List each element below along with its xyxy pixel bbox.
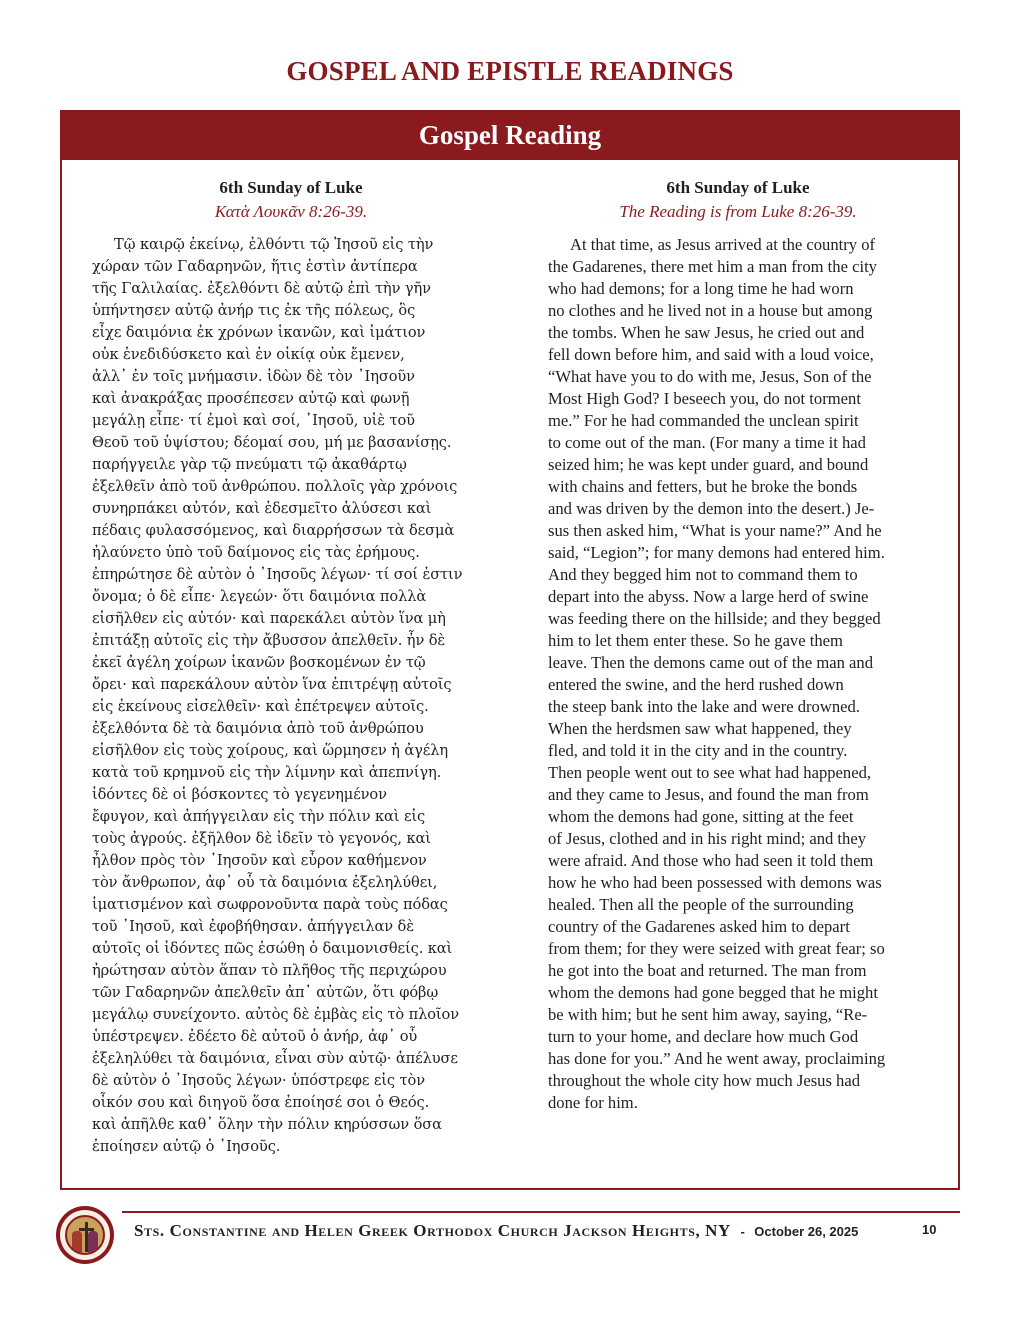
text-line: εἰσῆλθεν εἰς αὐτόν· καὶ παρεκάλει αὐτὸν … [92,608,490,630]
text-line: him to let them enter these. So he gave … [548,630,928,652]
english-reference: The Reading is from Luke 8:26-39. [548,200,928,224]
text-line: fled, and told it in the city and in the… [548,740,928,762]
text-line: Then people went out to see what had hap… [548,762,928,784]
greek-column: 6th Sunday of Luke Κατὰ Λουκᾶν 8:26-39. … [92,176,490,1158]
church-seal-icon [56,1206,114,1264]
text-line: τοῦ ᾿Ιησοῦ, καὶ ἐφοβήθησαν. ἀπήγγειλαν δ… [92,916,490,938]
text-line: χώραν τῶν Γαδαρηνῶν, ἥτις ἐστὶν ἀντίπερα [92,256,490,278]
text-line: κατὰ τοῦ κρημνοῦ εἰς τὴν λίμνην καὶ ἀπεπ… [92,762,490,784]
section-banner: Gospel Reading [60,110,960,160]
text-line: fell down before him, and said with a lo… [548,344,928,366]
text-line: δὲ αὐτὸν ὁ ᾿Ιησοῦς λέγων· ὑπόστρεφε εἰς … [92,1070,490,1092]
text-line: of Jesus, clothed and in his right mind;… [548,828,928,850]
greek-heading: 6th Sunday of Luke [92,176,490,200]
text-line: τῆς Γαλιλαίας. ἐξελθόντι δὲ αὐτῷ ἐπὶ τὴν… [92,278,490,300]
text-line: were afraid. And those who had seen it t… [548,850,928,872]
text-line: was feeding there on the hillside; and t… [548,608,928,630]
text-line: ἰδόντες δὲ οἱ βόσκοντες τὸ γεγενημένον [92,784,490,806]
text-line: μεγάλῃ εἶπε· τί ἐμοὶ καὶ σοί, ᾿Ιησοῦ, υἱ… [92,410,490,432]
text-line: turn to your home, and declare how much … [548,1026,928,1048]
english-column: 6th Sunday of Luke The Reading is from L… [548,176,928,1114]
text-line: the Gadarenes, there met him a man from … [548,256,928,278]
text-line: leave. Then the demons came out of the m… [548,652,928,674]
text-line: When the herdsmen saw what happened, the… [548,718,928,740]
text-line: ἐξελθόντα δὲ τὰ δαιμόνια ἀπὸ τοῦ ἀνθρώπο… [92,718,490,740]
footer-date: October 26, 2025 [754,1224,858,1239]
text-line: seized him; he was kept under guard, and… [548,454,928,476]
text-line: οἶκόν σου καὶ διηγοῦ ὅσα ἐποίησέ σοι ὁ Θ… [92,1092,490,1114]
text-line: ἐπηρώτησε δὲ αὐτὸν ὁ ᾿Ιησοῦς λέγων· τί σ… [92,564,490,586]
english-heading: 6th Sunday of Luke [548,176,928,200]
text-line: αὐτοῖς οἱ ἰδόντες πῶς ἐσώθη ὁ δαιμονισθε… [92,938,490,960]
text-line: be with him; but he sent him away, sayin… [548,1004,928,1026]
text-line: the steep bank into the lake and were dr… [548,696,928,718]
footer-separator: - [740,1224,744,1239]
text-line: no clothes and he lived not in a house b… [548,300,928,322]
english-text: At that time, as Jesus arrived at the co… [548,234,928,1114]
text-line: healed. Then all the people of the surro… [548,894,928,916]
text-line: ἀλλ᾿ ἐν τοῖς μνήμασιν. ἰδὼν δὲ τὸν ᾿Ιησο… [92,366,490,388]
text-line: εἶχε δαιμόνια ἐκ χρόνων ἱκανῶν, καὶ ἱμάτ… [92,322,490,344]
text-line: συνηρπάκει αὐτόν, καὶ ἐδεσμεῖτο ἁλύσεσι … [92,498,490,520]
text-line: to come out of the man. (For many a time… [548,432,928,454]
text-line: ἦλθον πρὸς τὸν ᾿Ιησοῦν καὶ εὗρον καθήμεν… [92,850,490,872]
page-number: 10 [922,1222,936,1237]
text-line: ὄνομα; ὁ δὲ εἶπε· λεγεών· ὅτι δαιμόνια π… [92,586,490,608]
text-line: depart into the abyss. Now a large herd … [548,586,928,608]
text-line: said, “Legion”; for many demons had ente… [548,542,928,564]
text-line: μεγάλῳ συνείχοντο. αὐτὸς δὲ ἐμβὰς εἰς τὸ… [92,1004,490,1026]
text-line: ἱματισμένον καὶ σωφρονοῦντα παρὰ τοὺς πό… [92,894,490,916]
text-line: ἔφυγον, καὶ ἀπήγγειλαν εἰς τὴν πόλιν καὶ… [92,806,490,828]
text-line: ἐκεῖ ἀγέλη χοίρων ἱκανῶν βοσκομένων ἐν τ… [92,652,490,674]
greek-reference: Κατὰ Λουκᾶν 8:26-39. [92,200,490,224]
text-line: At that time, as Jesus arrived at the co… [548,234,928,256]
footer-info: Sts. Constantine and Helen Greek Orthodo… [134,1220,858,1244]
text-line: ἐποίησεν αὐτῷ ὁ ᾿Ιησοῦς. [92,1136,490,1158]
text-line: the tombs. When he saw Jesus, he cried o… [548,322,928,344]
text-line: Most High God? I beseech you, do not tor… [548,388,928,410]
text-line: whom the demons had gone begged that he … [548,982,928,1004]
text-line: ἐπιτάξῃ αὐτοῖς εἰς τὴν ἄβυσσον ἀπελθεῖν.… [92,630,490,652]
text-line: οὐκ ἐνεδιδύσκετο καὶ ἐν οἰκίᾳ οὐκ ἔμενεν… [92,344,490,366]
text-line: ὄρει· καὶ παρεκάλουν αὐτὸν ἵνα ἐπιτρέψῃ … [92,674,490,696]
text-line: παρήγγειλε γὰρ τῷ πνεύματι τῷ ἀκαθάρτῳ [92,454,490,476]
text-line: country of the Gadarenes asked him to de… [548,916,928,938]
text-line: “What have you to do with me, Jesus, Son… [548,366,928,388]
text-line: Τῷ καιρῷ ἐκείνῳ, ἐλθόντι τῷ Ἰησοῦ εἰς τὴ… [92,234,490,256]
footer-church-name: Sts. Constantine and Helen Greek Orthodo… [134,1221,731,1240]
text-line: ἐξελθεῖν ἀπὸ τοῦ ἀνθρώπου. πολλοῖς γὰρ χ… [92,476,490,498]
text-line: has done for you.” And he went away, pro… [548,1048,928,1070]
text-line: from them; for they were seized with gre… [548,938,928,960]
footer-divider [122,1211,960,1213]
text-line: εἰς ἐκείνους εἰσελθεῖν· καὶ ἐπέτρεψεν αὐ… [92,696,490,718]
text-line: ὑπήντησεν αὐτῷ ἀνήρ τις ἐκ τῆς πόλεως, ὃ… [92,300,490,322]
page-title: GOSPEL AND EPISTLE READINGS [0,56,1020,87]
text-line: καὶ ἀνακράξας προσέπεσεν αὐτῷ καὶ φωνῇ [92,388,490,410]
text-line: me.” For he had commanded the unclean sp… [548,410,928,432]
text-line: whom the demons had gone, sitting at the… [548,806,928,828]
text-line: πέδαις φυλασσόμενος, καὶ διαρρήσσων τὰ δ… [92,520,490,542]
text-line: ἠρώτησαν αὐτὸν ἅπαν τὸ πλῆθος τῆς περιχώ… [92,960,490,982]
text-line: Θεοῦ τοῦ ὑψίστου; δέομαί σου, μή με βασα… [92,432,490,454]
text-line: sus then asked him, “What is your name?”… [548,520,928,542]
text-line: τὸν ἄνθρωπον, ἀφ᾿ οὗ τὰ δαιμόνια ἐξεληλύ… [92,872,490,894]
text-line: who had demons; for a long time he had w… [548,278,928,300]
text-line: and was driven by the demon into the des… [548,498,928,520]
text-line: he got into the boat and returned. The m… [548,960,928,982]
text-line: ἐξεληλύθει τὰ δαιμόνια, εἶναι σὺν αὐτῷ· … [92,1048,490,1070]
text-line: τῶν Γαδαρηνῶν ἀπελθεῖν ἀπ᾿ αὐτῶν, ὅτι φό… [92,982,490,1004]
text-line: entered the swine, and the herd rushed d… [548,674,928,696]
gospel-reading-box: Gospel Reading 6th Sunday of Luke Κατὰ Λ… [60,110,960,1190]
text-line: ἠλαύνετο ὑπὸ τοῦ δαίμονος εἰς τὰς ἐρήμου… [92,542,490,564]
text-line: done for him. [548,1092,928,1114]
text-line: how he who had been possessed with demon… [548,872,928,894]
text-line: and they came to Jesus, and found the ma… [548,784,928,806]
text-line: And they begged him not to command them … [548,564,928,586]
greek-text: Τῷ καιρῷ ἐκείνῳ, ἐλθόντι τῷ Ἰησοῦ εἰς τὴ… [92,234,490,1158]
text-line: ὑπέστρεψεν. ἐδέετο δὲ αὐτοῦ ὁ ἀνήρ, ἀφ᾿ … [92,1026,490,1048]
text-line: τοὺς ἀγρούς. ἐξῆλθον δὲ ἰδεῖν τὸ γεγονός… [92,828,490,850]
text-line: with chains and fetters, but he broke th… [548,476,928,498]
text-line: εἰσῆλθον εἰς τοὺς χοίρους, καὶ ὥρμησεν ἡ… [92,740,490,762]
text-line: καὶ ἀπῆλθε καθ᾿ ὅλην τὴν πόλιν κηρύσσων … [92,1114,490,1136]
text-line: throughout the whole city how much Jesus… [548,1070,928,1092]
